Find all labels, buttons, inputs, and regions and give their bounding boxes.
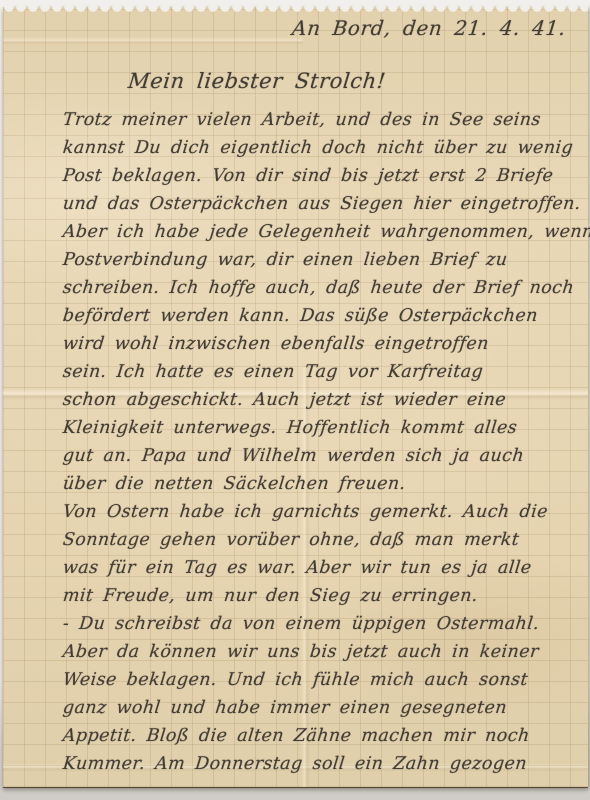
letter-line: wird wohl inzwischen ebenfalls eingetrof…	[61, 334, 585, 362]
letter-line: Weise beklagen. Und ich fühle mich auch …	[61, 670, 585, 698]
letter-line: schon abgeschickt. Auch jetzt ist wieder…	[61, 390, 585, 418]
letter-line: und das Osterpäckchen aus Siegen hier ei…	[61, 194, 585, 222]
salutation: Mein liebster Strolch!	[127, 69, 387, 93]
letter-paper: An Bord, den 21. 4. 41. Mein liebster St…	[3, 7, 588, 787]
letter-line: über die netten Säckelchen freuen.	[61, 474, 585, 502]
letter-line: sein. Ich hatte es einen Tag vor Karfrei…	[61, 362, 585, 390]
letter-line: - Du schreibst da von einem üppigen Oste…	[61, 614, 585, 642]
dateline: An Bord, den 21. 4. 41.	[291, 16, 567, 40]
scanned-letter: An Bord, den 21. 4. 41. Mein liebster St…	[0, 0, 590, 800]
letter-line: mit Freude, um nur den Sieg zu erringen.	[61, 586, 585, 614]
fold-crease-top	[3, 37, 303, 45]
letter-line: was für ein Tag es war. Aber wir tun es …	[61, 558, 585, 586]
letter-line: Postverbindung war, dir einen lieben Bri…	[61, 250, 585, 278]
letter-line: Kummer. Am Donnerstag soll ein Zahn gezo…	[61, 754, 585, 782]
letter-line: kannst Du dich eigentlich doch nicht übe…	[61, 138, 585, 166]
letter-line: Trotz meiner vielen Arbeit, und des in S…	[61, 110, 585, 138]
letter-line: Aber ich habe jede Gelegenheit wahrgenom…	[61, 222, 585, 250]
letter-line: Kleinigkeit unterwegs. Hoffentlich kommt…	[61, 418, 585, 446]
letter-line: ganz wohl und habe immer einen gesegnete…	[61, 698, 585, 726]
letter-line: Aber da können wir uns bis jetzt auch in…	[61, 642, 585, 670]
letter-line: Appetit. Bloß die alten Zähne machen mir…	[61, 726, 585, 754]
letter-line: Sonntage gehen vorüber ohne, daß man mer…	[61, 530, 585, 558]
letter-line: Von Ostern habe ich garnichts gemerkt. A…	[61, 502, 585, 530]
letter-line: Post beklagen. Von dir sind bis jetzt er…	[61, 166, 585, 194]
letter-line: gut an. Papa und Wilhelm werden sich ja …	[61, 446, 585, 474]
letter-line: befördert werden kann. Das süße Osterpäc…	[61, 306, 585, 334]
letter-body: Trotz meiner vielen Arbeit, und des in S…	[61, 110, 582, 782]
letter-line: schreiben. Ich hoffe auch, daß heute der…	[61, 278, 585, 306]
